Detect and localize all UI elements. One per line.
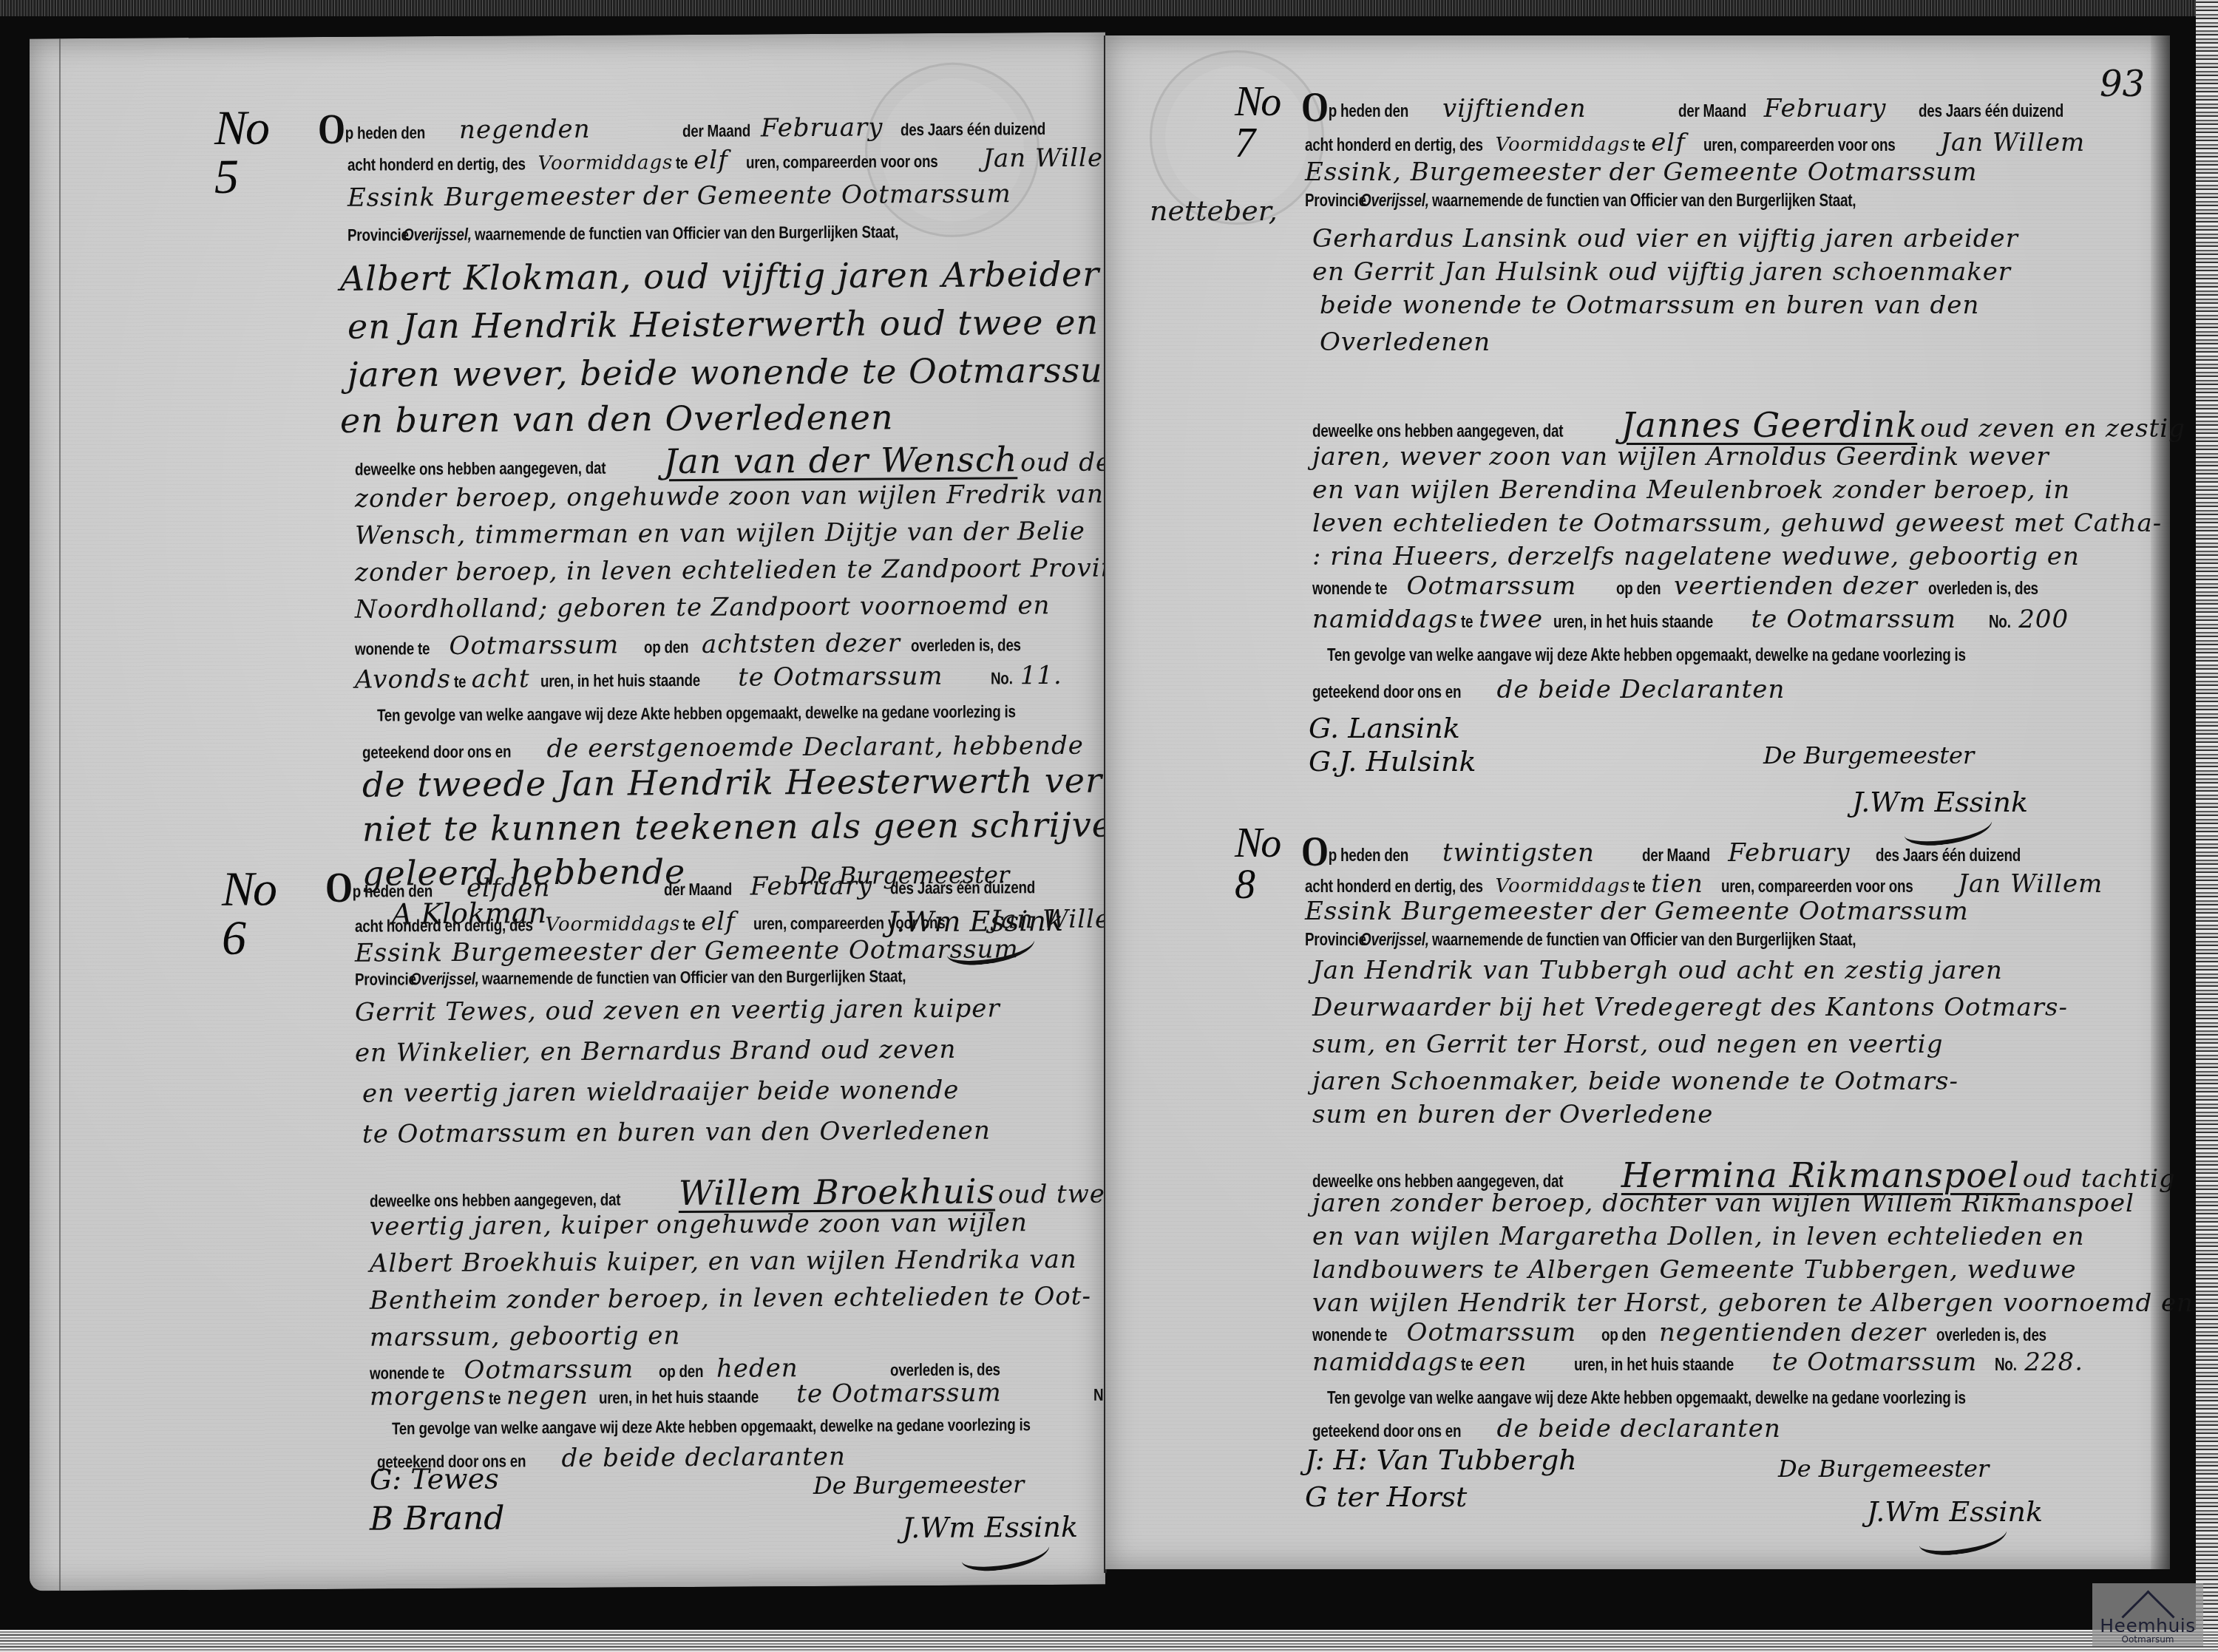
deceased-detail-line: Wensch, timmerman en van wijlen Dijtje v… xyxy=(355,517,1085,551)
house-number: 11. xyxy=(1020,661,1062,690)
declarant-line: Albert Klokman, oud vijftig jaren Arbeid… xyxy=(340,254,1099,299)
deceased-detail-line: jaren, wever zoon van wijlen Arnoldus Ge… xyxy=(1312,442,2049,472)
official-name: Essink Burgemeester der Gemeente Ootmars… xyxy=(1305,897,1969,926)
deceased-detail-line: Bentheim zonder beroep, in leven echteli… xyxy=(370,1282,1091,1316)
entry-number: No 6 xyxy=(222,865,276,962)
left-page: No 5 Op heden den negenden der Maand Feb… xyxy=(30,33,1105,1591)
official-name: Essink, Burgemeester der Gemeente Ootmar… xyxy=(1305,157,1978,187)
right-page: 93 netteber, No 7 Op heden den vijftiend… xyxy=(1105,35,2170,1569)
declarant-signature: G.J. Hulsink xyxy=(1309,745,1476,778)
declarant-line: te Ootmarssum en buren van den Overleden… xyxy=(362,1116,991,1149)
declarant-signature: G. Lansink xyxy=(1309,712,1460,744)
deceased-detail-line: zonder beroep, ongehuwde zoon van wijlen… xyxy=(355,479,1158,514)
deceased-detail-line: van wijlen Hendrik ter Horst, geboren te… xyxy=(1312,1288,2194,1318)
declarant-line: Jan Hendrik van Tubbergh oud acht en zes… xyxy=(1312,956,2003,985)
record-day: negenden xyxy=(459,115,591,145)
declarant-signature: J: H: Van Tubbergh xyxy=(1305,1444,1577,1476)
declarant-line: sum en buren der Overledene xyxy=(1312,1100,1713,1129)
declarant-line: en Winkelier, en Bernardus Brand oud zev… xyxy=(355,1035,956,1068)
signing-note: niet te kunnen teekenen als geen schrijv… xyxy=(362,804,1136,849)
deceased-detail-line: en van wijlen Berendina Meulenbroek zond… xyxy=(1312,475,2070,505)
house-number: 200 xyxy=(2018,605,2069,634)
declarant-line: jaren Schoenmaker, beide wonende te Ootm… xyxy=(1312,1067,1958,1096)
deceased-name: Jannes Geerdink xyxy=(1621,405,1917,445)
deceased-detail-line: marssum, geboortig en xyxy=(370,1321,680,1353)
declarant-signature: G ter Horst xyxy=(1305,1481,1467,1513)
declarant-line: en veertig jaren wieldraaijer beide wone… xyxy=(362,1075,960,1109)
mayor-title: De Burgemeester xyxy=(1778,1455,1989,1483)
declarant-line: Overledenen xyxy=(1320,327,1490,357)
mayor-title: De Burgemeester xyxy=(1763,741,1974,769)
official-name: Essink Burgemeester der Gemeente Ootmars… xyxy=(347,179,1011,212)
deceased-detail-line: landbouwers te Albergen Gemeente Tubberg… xyxy=(1312,1255,2077,1285)
page-number: 93 xyxy=(2100,64,2145,105)
declarant-signature: B Brand xyxy=(370,1500,504,1538)
deceased-detail-line: leven echtelieden te Ootmarssum, gehuwd … xyxy=(1312,509,2162,538)
entry-number: No 7 xyxy=(1235,81,1280,164)
heemhuis-watermark-logo: Heemhuis Ootmarsum xyxy=(2092,1583,2203,1646)
declarant-line: beide wonende te Ootmarssum en buren van… xyxy=(1320,290,1979,320)
declarant-signature: G: Tewes xyxy=(370,1463,499,1496)
deceased-name: Jan van der Wensch xyxy=(664,439,1017,481)
mayor-title: De Burgemeester xyxy=(813,1470,1024,1500)
entry-number: No 5 xyxy=(214,103,268,201)
scan-border-top xyxy=(0,0,2218,16)
deceased-detail-line: veertig jaren, kuiper ongehuwde zoon van… xyxy=(370,1208,1028,1241)
deceased-detail-line: zonder beroep, in leven echtelieden te Z… xyxy=(355,553,1156,588)
declarant-line: en buren van den Overledenen xyxy=(340,397,894,441)
declarant-line: Gerhardus Lansink oud vier en vijftig ja… xyxy=(1312,224,2018,254)
scan-border-bottom xyxy=(0,1630,2218,1652)
entry-number: No 8 xyxy=(1235,823,1280,905)
logo-name: Heemhuis xyxy=(2100,1617,2196,1635)
declarant-line: en Gerrit Jan Hulsink oud vijftig jaren … xyxy=(1312,257,2011,287)
signing-note: de tweede Jan Hendrik Heesterwerth verkl… xyxy=(362,760,1217,805)
declarant-line: jaren wever, beide wonende te Ootmarssum xyxy=(347,350,1136,395)
declarant-line: Gerrit Tewes, oud zeven en veertig jaren… xyxy=(355,993,1000,1027)
declarant-line: sum, en Gerrit ter Horst, oud negen en v… xyxy=(1312,1030,1943,1059)
official-name: Essink Burgemeester der Gemeente Ootmars… xyxy=(355,934,1019,968)
house-number: 228. xyxy=(2024,1347,2083,1377)
scan-border-right xyxy=(2196,0,2218,1652)
deceased-detail-line: Albert Broekhuis kuiper, en van wijlen H… xyxy=(370,1245,1077,1279)
deceased-name: Willem Broekhuis xyxy=(679,1171,995,1213)
margin-annotation: netteber, xyxy=(1150,194,1278,227)
deceased-detail-line: Noordholland; geboren te Zandpoort voorn… xyxy=(355,591,1051,625)
deceased-detail-line: : rina Hueers, derzelfs nagelatene weduw… xyxy=(1312,542,2080,571)
record-month: February xyxy=(761,112,884,143)
deceased-detail-line: jaren zonder beroep, dochter van wijlen … xyxy=(1312,1189,2134,1218)
deceased-detail-line: en van wijlen Margaretha Dollen, in leve… xyxy=(1312,1222,2085,1251)
declarant-line: Deurwaarder bij het Vredegeregt des Kant… xyxy=(1312,993,2068,1022)
